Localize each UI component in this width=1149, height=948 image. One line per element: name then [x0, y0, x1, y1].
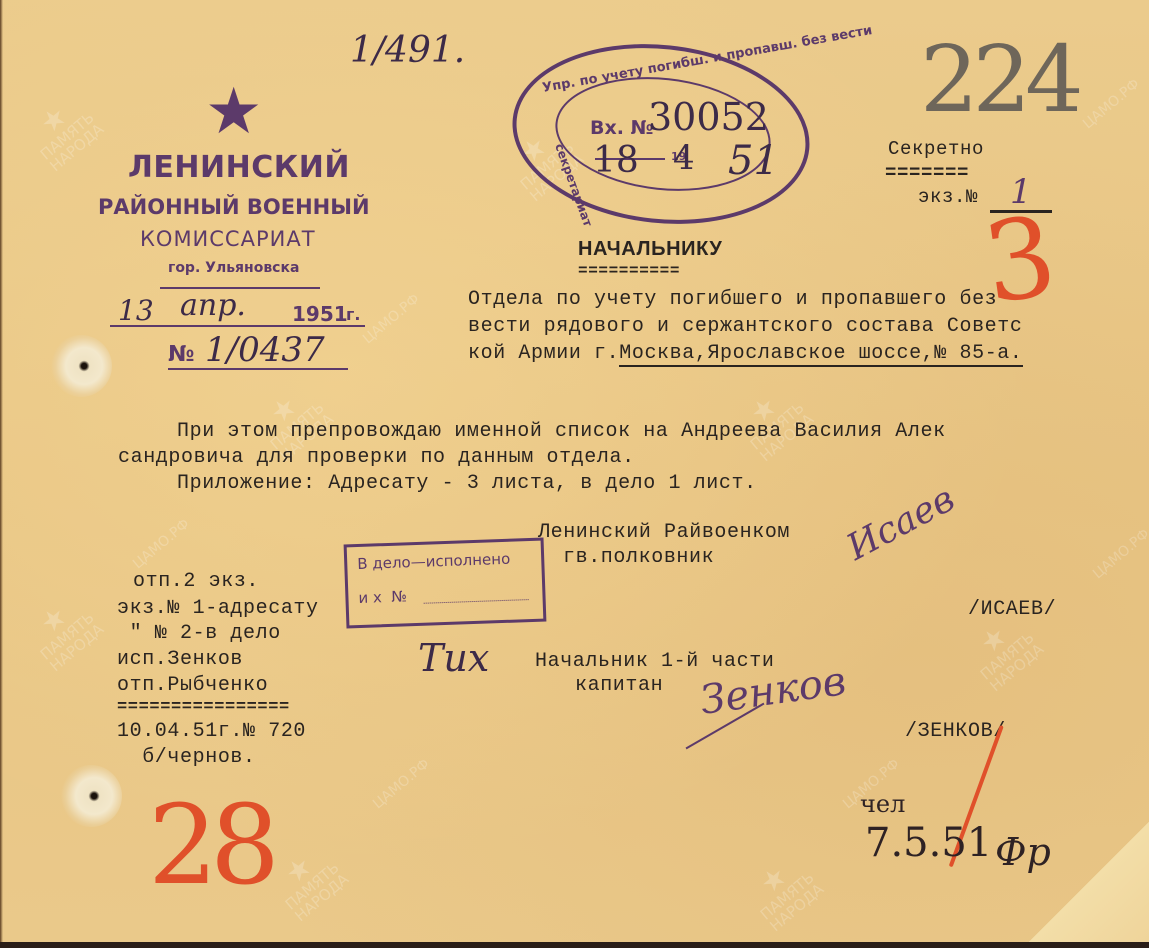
addressee-line-2: вести рядового и сержантского состава Со…	[468, 315, 1023, 338]
initials-signature: Тих	[418, 636, 489, 680]
punch-hole-top	[50, 335, 112, 397]
filing-stamp-line-2: и х №	[358, 587, 407, 607]
dispatch-copies: отп.2 экз.	[133, 570, 259, 593]
dispatch-copy-1: экз.№ 1-адресату	[117, 597, 319, 620]
filing-stamp-field	[424, 599, 529, 604]
dispatch-draft: б/чернов.	[117, 746, 256, 769]
date-year: 1951	[292, 302, 348, 326]
addressee-title: НАЧАЛЬНИКУ	[578, 238, 722, 261]
dispatch-separator: ================	[117, 698, 290, 717]
addressee-line-3: кой Армии г.Москва,Ярославское шоссе,№ 8…	[468, 342, 1023, 365]
addressee-title-underline: ==========	[578, 262, 680, 280]
filing-stamp: В дело—исполнено и х №	[344, 538, 547, 629]
outgoing-number: 1/0437	[205, 330, 325, 370]
dispatch-typist: отп.Рыбченко	[117, 674, 268, 697]
signatory-2-name: /ЗЕНКОВ/	[905, 720, 1006, 743]
handwritten-note: чел	[860, 790, 905, 818]
stamp-line-3: КОМИССАРИАТ	[140, 227, 316, 251]
incoming-month: 4	[673, 138, 695, 178]
body-line-2: сандровича для проверки по данным отдела…	[118, 446, 635, 469]
scan-edge	[0, 942, 1149, 948]
body-attachment: Приложение: Адресату - 3 листа, в дело 1…	[177, 472, 757, 495]
dispatch-copy-2: " № 2-в дело	[117, 622, 281, 645]
dispatch-reference: 10.04.51г.№ 720	[117, 720, 306, 743]
stamp-line-2: РАЙОННЫЙ ВОЕННЫЙ	[98, 195, 370, 219]
date-day: 13	[118, 294, 154, 327]
incoming-year: 51	[728, 138, 779, 184]
paper-edge	[0, 0, 3, 948]
punch-hole-bottom	[60, 765, 122, 827]
handwritten-date: 7.5.51	[865, 820, 992, 866]
body-line-1: При этом препровождаю именной список на …	[177, 420, 946, 443]
signatory-1-title: Ленинский Райвоенком	[538, 521, 790, 544]
date-suffix: г.	[346, 305, 360, 324]
incoming-label: Вх. №	[590, 117, 653, 139]
page-number: 224	[920, 25, 1078, 135]
signatory-1-name: /ИСАЕВ/	[968, 598, 1056, 621]
copy-label: экз.№	[918, 186, 978, 208]
signatory-2-rank: капитан	[575, 674, 663, 697]
incoming-day: 18	[593, 140, 639, 181]
red-pencil-sheet-number: 28	[148, 785, 272, 905]
classification-underline: =======	[885, 162, 969, 184]
signatory-2-title: Начальник 1-й части	[535, 650, 774, 673]
filing-stamp-line-1: В дело—исполнено	[357, 550, 511, 573]
dispatch-executor: исп.Зенков	[117, 648, 243, 671]
number-prefix: №	[168, 342, 194, 367]
date-month: апр.	[180, 288, 246, 323]
handwritten-reference: 1/491.	[350, 30, 465, 71]
handwritten-initials: Фр	[995, 830, 1051, 874]
incoming-number: 30052	[648, 95, 769, 139]
classification-label: Секретно	[888, 138, 984, 160]
addressee-line-1: Отдела по учету погибшего и пропавшего б…	[468, 288, 997, 311]
signatory-1-rank: гв.полковник	[563, 546, 714, 569]
red-star-icon: ★	[205, 80, 262, 144]
stamp-line-1: ЛЕНИНСКИЙ	[128, 150, 350, 185]
stamp-city: гор. Ульяновска	[168, 260, 299, 276]
